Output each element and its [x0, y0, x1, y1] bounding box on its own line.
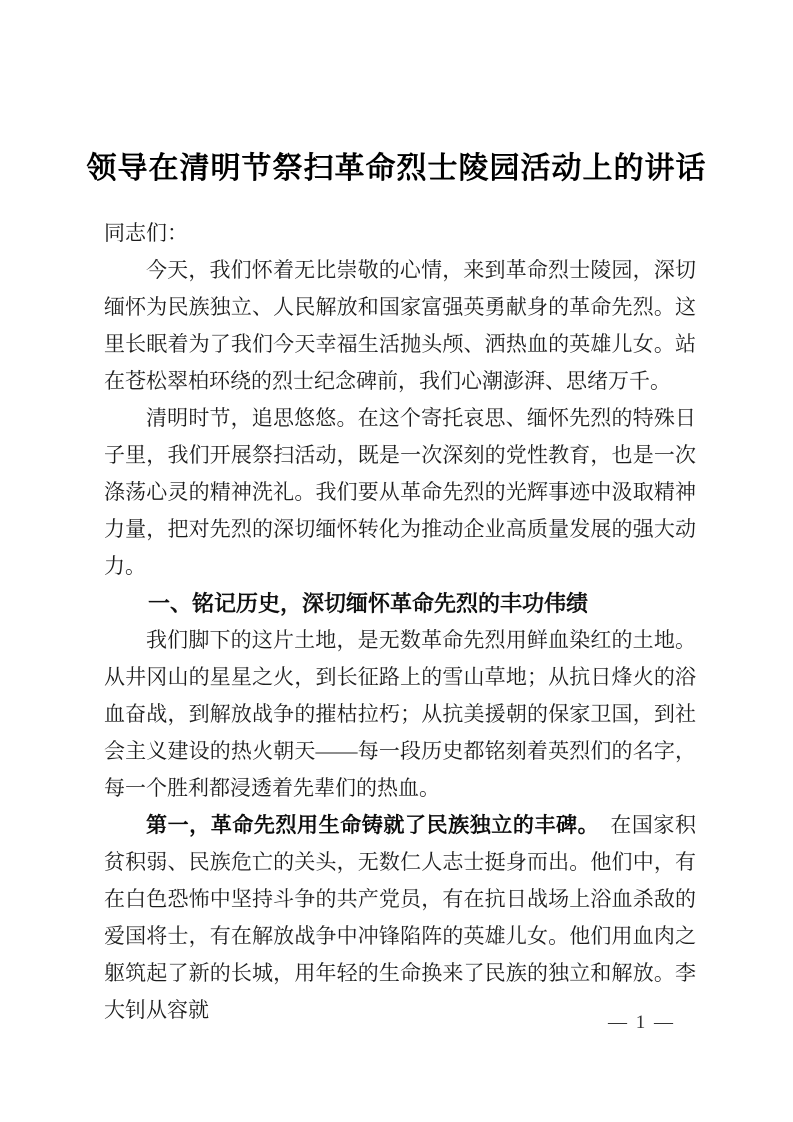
paragraph-qingming: 清明时节，追思悠悠。在这个寄托哀思、缅怀先烈的特殊日子里，我们开展祭扫活动，既是… — [104, 400, 696, 585]
paragraph-opening: 今天，我们怀着无比崇敬的心情，来到革命烈士陵园，深切缅怀为民族独立、人民解放和国… — [104, 252, 696, 400]
paragraph-first-point: 第一，革命先烈用生命铸就了民族独立的丰碑。 在国家积贫积弱、民族危亡的关头，无数… — [104, 807, 696, 1029]
paragraph-first-point-body: 在国家积贫积弱、民族危亡的关头，无数仁人志士挺身而出。他们中，有在白色恐怖中坚持… — [104, 813, 696, 1022]
paragraph-history: 我们脚下的这片土地，是无数革命先烈用鲜血染红的土地。从井冈山的星星之火，到长征路… — [104, 622, 696, 807]
document-page: 领导在清明节祭扫革命烈士陵园活动上的讲话 同志们： 今天，我们怀着无比崇敬的心情… — [0, 0, 793, 1122]
page-number: — 1 — — [608, 1012, 675, 1033]
document-title: 领导在清明节祭扫革命烈士陵园活动上的讲话 — [60, 143, 733, 187]
paragraph-first-point-lead: 第一，革命先烈用生命铸就了民族独立的丰碑。 — [146, 813, 589, 837]
document-body: 同志们： 今天，我们怀着无比崇敬的心情，来到革命烈士陵园，深切缅怀为民族独立、人… — [104, 215, 696, 1029]
section-heading-one: 一、铭记历史，深切缅怀革命先烈的丰功伟绩 — [104, 585, 696, 622]
salutation: 同志们： — [104, 215, 696, 252]
page-footer: — 1 — — [608, 1012, 675, 1034]
